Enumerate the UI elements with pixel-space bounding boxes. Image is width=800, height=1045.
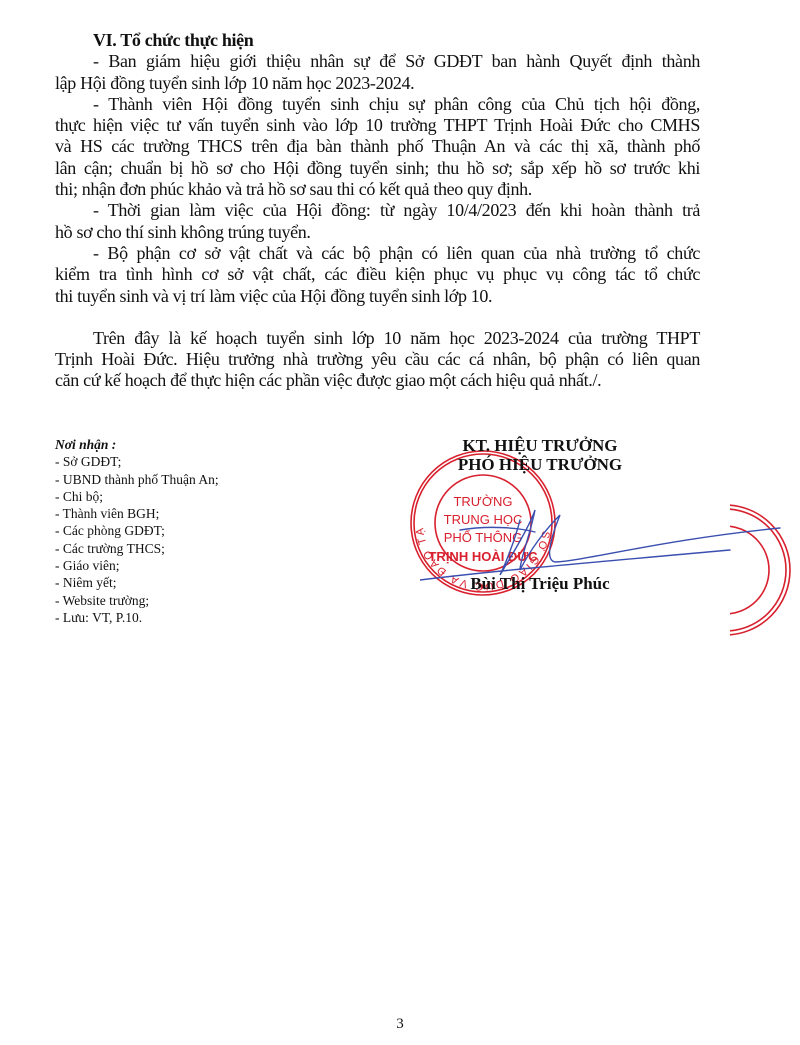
recipient-item: - Website trường;	[55, 592, 219, 609]
paragraph-line: - Thời gian làm việc của Hội đồng: từ ng…	[55, 200, 700, 221]
paragraph-line: - Thành viên Hội đồng tuyển sinh chịu sự…	[55, 94, 700, 115]
paragraph-line: thi; nhận đơn phúc khảo và trả hồ sơ sau…	[55, 179, 700, 200]
closing-line: căn cứ kế hoạch để thực hiện các phần vi…	[55, 370, 700, 391]
recipient-item: - Các phòng GDĐT;	[55, 522, 219, 539]
paragraph-line: thực hiện việc tư vấn tuyển sinh vào lớp…	[55, 115, 700, 136]
signature-position: PHÓ HIỆU TRƯỞNG	[400, 455, 680, 474]
closing-line: Trịnh Hoài Đức. Hiệu trưởng nhà trường y…	[55, 349, 700, 370]
recipients-title: Nơi nhận :	[55, 436, 219, 453]
section-heading: VI. Tổ chức thực hiện	[55, 30, 700, 51]
paragraph-line: thi tuyển sinh và vị trí làm việc của Hộ…	[55, 286, 700, 307]
recipient-item: - UBND thành phố Thuận An;	[55, 471, 219, 488]
recipient-item: - Giáo viên;	[55, 557, 219, 574]
paragraph-line: lập Hội đồng tuyển sinh lớp 10 năm học 2…	[55, 73, 700, 94]
page-number: 3	[0, 1016, 800, 1033]
document-body: VI. Tổ chức thực hiện - Ban giám hiệu gi…	[55, 30, 700, 392]
recipient-item: - Lưu: VT, P.10.	[55, 609, 219, 626]
paragraph-line: và HS các trường THCS trên địa bàn thành…	[55, 136, 700, 157]
paragraph-line: kiểm tra tình hình cơ sở vật chất, các đ…	[55, 264, 700, 285]
closing-line: Trên đây là kế hoạch tuyển sinh lớp 10 n…	[55, 328, 700, 349]
recipient-item: - Các trường THCS;	[55, 540, 219, 557]
signer-name: Bùi Thị Triệu Phúc	[400, 574, 680, 594]
paragraph-gap	[55, 307, 700, 328]
signature-block: KT. HIỆU TRƯỞNG PHÓ HIỆU TRƯỞNG	[400, 436, 680, 474]
paragraph-line: - Bộ phận cơ sở vật chất và các bộ phận …	[55, 243, 700, 264]
document-page: VI. Tổ chức thực hiện - Ban giám hiệu gi…	[0, 0, 800, 1045]
recipient-item: - Thành viên BGH;	[55, 505, 219, 522]
signature-title: KT. HIỆU TRƯỞNG	[400, 436, 680, 455]
recipient-item: - Niêm yết;	[55, 574, 219, 591]
paragraph-line: hồ sơ cho thí sinh không trúng tuyển.	[55, 222, 700, 243]
paragraph-line: lân cận; chuẩn bị hồ sơ cho Hội đồng tuy…	[55, 158, 700, 179]
recipient-item: - Sở GDĐT;	[55, 453, 219, 470]
recipient-item: - Chi bộ;	[55, 488, 219, 505]
recipients-list: Nơi nhận : - Sở GDĐT; - UBND thành phố T…	[55, 436, 219, 626]
paragraph-line: - Ban giám hiệu giới thiệu nhân sự để Sở…	[55, 51, 700, 72]
